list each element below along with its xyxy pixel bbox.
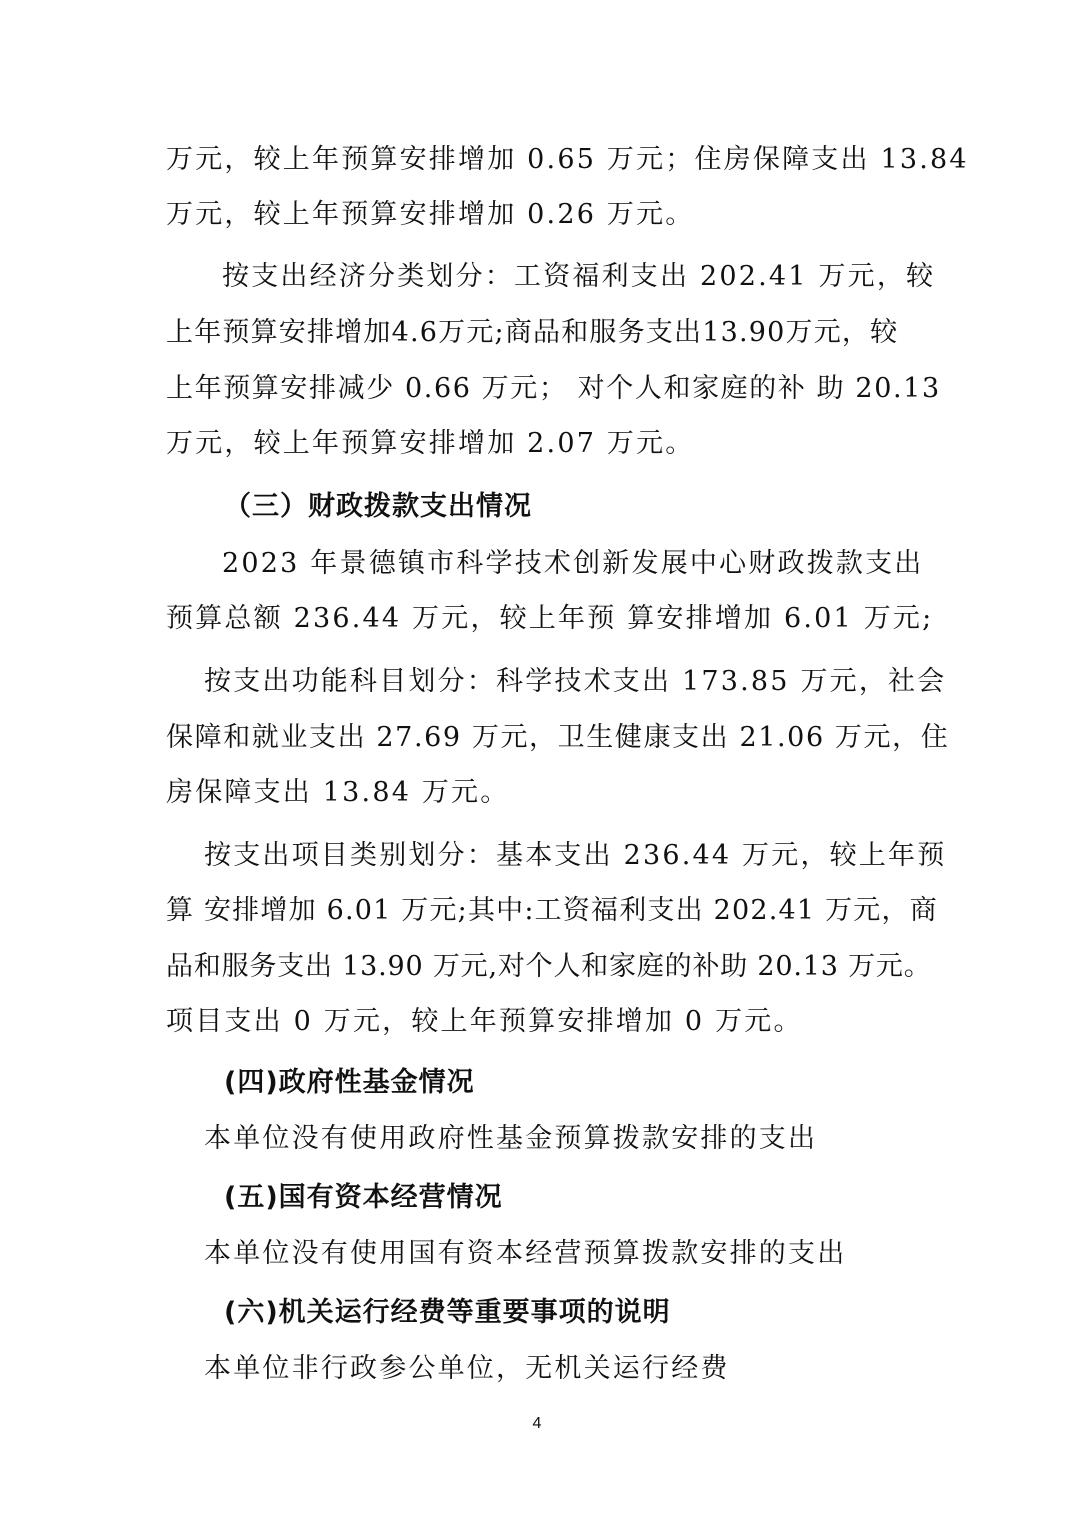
paragraph-line: 品和服务支出 13.90 万元,对个人和家庭的补助 20.13 万元。 (166, 949, 932, 985)
paragraph-line: 按支出经济分类划分：工资福利支出 202.41 万元，较 (222, 259, 935, 295)
section-heading-4: (四)政府性基金情况 (224, 1065, 475, 1101)
paragraph-line: 本单位没有使用国有资本经营预算拨款安排的支出 (204, 1236, 846, 1272)
paragraph-line: 上年预算安排减少 0.66 万元； 对个人和家庭的补 助 20.13 (166, 371, 941, 407)
section-heading-3: （三）财政拨款支出情况 (224, 489, 532, 525)
paragraph-line: 算 安排增加 6.01 万元;其中:工资福利支出 202.41 万元，商 (166, 893, 938, 929)
paragraph-line: 万元，较上年预算安排增加 0.65 万元；住房保障支出 13.84 (166, 142, 969, 178)
paragraph-line: 房保障支出 13.84 万元。 (166, 775, 509, 811)
section-heading-5: (五)国有资本经营情况 (224, 1180, 503, 1216)
paragraph-line: 上年预算安排增加4.6万元;商品和服务支出13.90万元，较 (166, 315, 898, 351)
paragraph-line: 按支出项目类别划分：基本支出 236.44 万元，较上年预 (204, 838, 946, 874)
paragraph-line: 预算总额 236.44 万元，较上年预 算安排增加 6.01 万元; (166, 601, 933, 637)
section-heading-6: (六)机关运行经费等重要事项的说明 (224, 1295, 671, 1331)
paragraph-line: 项目支出 0 万元，较上年预算安排增加 0 万元。 (166, 1004, 803, 1040)
document-page: 万元，较上年预算安排增加 0.65 万元；住房保障支出 13.84 万元，较上年… (0, 0, 1074, 1520)
page-number: 4 (0, 1414, 1074, 1434)
paragraph-line: 本单位没有使用政府性基金预算拨款安排的支出 (204, 1121, 817, 1157)
paragraph-line: 本单位非行政参公单位，无机关运行经费 (204, 1351, 730, 1387)
paragraph-line: 万元，较上年预算安排增加 0.26 万元。 (166, 197, 694, 233)
paragraph-line: 保障和就业支出 27.69 万元，卫生健康支出 21.06 万元，住 (166, 720, 949, 756)
paragraph-line: 2023 年景德镇市科学技术创新发展中心财政拨款支出 (222, 546, 924, 582)
paragraph-line: 按支出功能科目划分：科学技术支出 173.85 万元，社会 (204, 664, 946, 700)
paragraph-line: 万元，较上年预算安排增加 2.07 万元。 (166, 426, 694, 462)
